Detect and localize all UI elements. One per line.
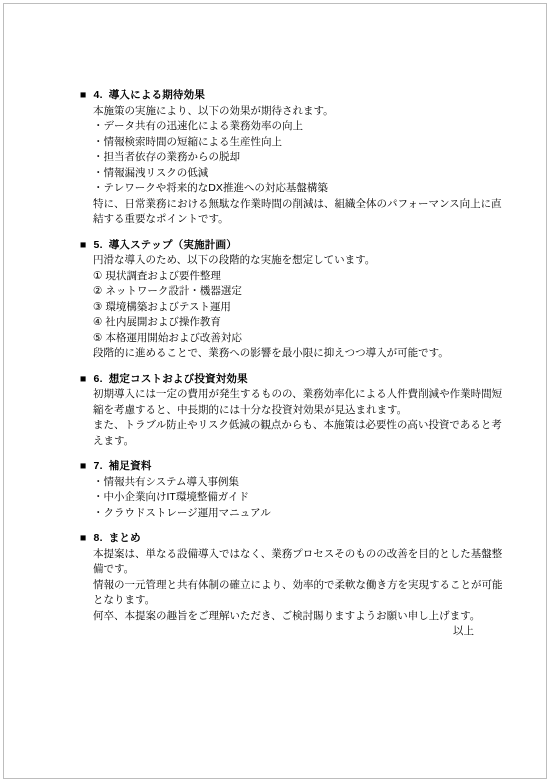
text-line: 段階的に進めることで、業務への影響を最小限に抑えつつ導入が可能です。 [93, 346, 474, 362]
text-line: ・データ共有の迅速化による業務効率の向上 [93, 119, 474, 135]
sections: ■4.導入による期待効果本施策の実施により、以下の効果が期待されます。・データ共… [80, 88, 474, 624]
section-number: 8. [94, 531, 103, 547]
section-body: 円滑な導入のため、以下の段階的な実施を想定しています。① 現状調査および要件整理… [93, 253, 474, 362]
document-section: ■5.導入ステップ（実施計画）円滑な導入のため、以下の段階的な実施を想定していま… [80, 238, 474, 362]
section-number: 7. [94, 459, 103, 475]
text-line: 情報の一元管理と共有体制の確立により、効率的で柔軟な働き方を実現することが可能 [93, 578, 474, 594]
section-body: ・情報共有システム導入事例集・中小企業向けIT環境整備ガイド・クラウドストレージ… [93, 475, 474, 522]
document-section: ■4.導入による期待効果本施策の実施により、以下の効果が期待されます。・データ共… [80, 88, 474, 228]
text-line: 初期導入には一定の費用が発生するものの、業務効率化による人件費削減や作業時間短 [93, 387, 474, 403]
section-number: 5. [94, 238, 103, 254]
text-line: となります。 [93, 593, 474, 609]
section-number: 6. [94, 372, 103, 388]
section-bullet-icon: ■ [80, 372, 87, 388]
text-line: ・情報検索時間の短縮による生産性向上 [93, 135, 474, 151]
text-line: ・クラウドストレージ運用マニュアル [93, 506, 474, 522]
text-line: ・テレワークや将来的なDX推進への対応基盤構築 [93, 181, 474, 197]
text-line: 備です。 [93, 562, 474, 578]
section-heading: ■6.想定コストおよび投資対効果 [80, 372, 474, 388]
section-heading: ■8.まとめ [80, 531, 474, 547]
section-heading: ■5.導入ステップ（実施計画） [80, 238, 474, 254]
section-number: 4. [94, 88, 103, 104]
text-line: 縮を考慮すると、中長期的には十分な投資対効果が見込まれます。 [93, 403, 474, 419]
document-section: ■7.補足資料・情報共有システム導入事例集・中小企業向けIT環境整備ガイド・クラ… [80, 459, 474, 521]
page-content: ■4.導入による期待効果本施策の実施により、以下の効果が期待されます。・データ共… [4, 4, 474, 640]
section-title: まとめ [109, 532, 141, 544]
section-body: 本施策の実施により、以下の効果が期待されます。・データ共有の迅速化による業務効率… [93, 104, 474, 228]
section-body: 初期導入には一定の費用が発生するものの、業務効率化による人件費削減や作業時間短縮… [93, 387, 474, 449]
section-heading: ■4.導入による期待効果 [80, 88, 474, 104]
text-line: ③ 環境構築およびテスト運用 [93, 300, 474, 316]
closing-line: 以上 [93, 624, 474, 640]
text-line: えます。 [93, 434, 474, 450]
section-title: 導入ステップ（実施計画） [109, 239, 237, 251]
text-line: 円滑な導入のため、以下の段階的な実施を想定しています。 [93, 253, 474, 269]
text-line: 何卒、本提案の趣旨をご理解いただき、ご検討賜りますようお願い申し上げます。 [93, 609, 474, 625]
section-body: 本提案は、単なる設備導入ではなく、業務プロセスそのものの改善を目的とした基盤整備… [93, 547, 474, 625]
text-line: ⑤ 本格運用開始および改善対応 [93, 331, 474, 347]
section-title: 補足資料 [109, 460, 152, 472]
section-bullet-icon: ■ [80, 459, 87, 475]
text-line: ・情報共有システム導入事例集 [93, 475, 474, 491]
section-bullet-icon: ■ [80, 531, 87, 547]
section-bullet-icon: ■ [80, 88, 87, 104]
text-line: ・中小企業向けIT環境整備ガイド [93, 490, 474, 506]
document-section: ■8.まとめ本提案は、単なる設備導入ではなく、業務プロセスそのものの改善を目的と… [80, 531, 474, 624]
section-title: 導入による期待効果 [109, 89, 205, 101]
section-title: 想定コストおよび投資対効果 [109, 373, 248, 385]
text-line: ④ 社内展開および操作教育 [93, 315, 474, 331]
text-line: また、トラブル防止やリスク低減の観点からも、本施策は必要性の高い投資であると考 [93, 418, 474, 434]
text-line: ・情報漏洩リスクの低減 [93, 166, 474, 182]
text-line: ② ネットワーク設計・機器選定 [93, 284, 474, 300]
document-page: ■4.導入による期待効果本施策の実施により、以下の効果が期待されます。・データ共… [3, 3, 547, 779]
text-line: 本提案は、単なる設備導入ではなく、業務プロセスそのものの改善を目的とした基盤整 [93, 547, 474, 563]
document-section: ■6.想定コストおよび投資対効果初期導入には一定の費用が発生するものの、業務効率… [80, 372, 474, 450]
text-line: 特に、日常業務における無駄な作業時間の削減は、組織全体のパフォーマンス向上に直 [93, 197, 474, 213]
text-line: 結する重要なポイントです。 [93, 212, 474, 228]
section-heading: ■7.補足資料 [80, 459, 474, 475]
text-line: 本施策の実施により、以下の効果が期待されます。 [93, 104, 474, 120]
text-line: ・担当者依存の業務からの脱却 [93, 150, 474, 166]
text-line: ① 現状調査および要件整理 [93, 269, 474, 285]
section-bullet-icon: ■ [80, 238, 87, 254]
